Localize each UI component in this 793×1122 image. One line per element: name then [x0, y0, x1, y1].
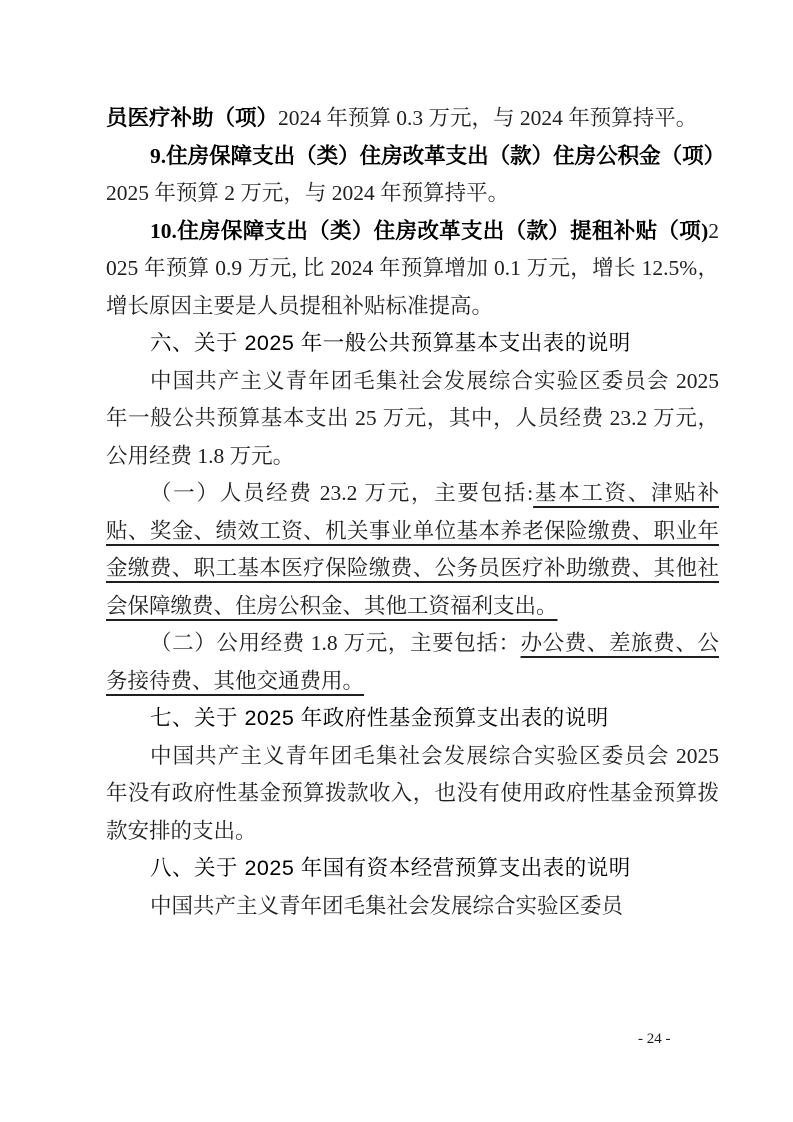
text-segment: 中国共产主义青年团毛集社会发展综合实验区委员会 2025 年没有政府性基金预算拨…: [106, 744, 719, 843]
section-heading: 七、关于 2025 年政府性基金预算支出表的说明: [106, 700, 719, 738]
text-segment: 员医疗补助（项）: [106, 106, 278, 130]
paragraph: 中国共产主义青年团毛集社会发展综合实验区委员: [106, 888, 719, 926]
paragraph: 中国共产主义青年团毛集社会发展综合实验区委员会 2025 年一般公共预算基本支出…: [106, 363, 719, 476]
document-page: 员医疗补助（项）2024 年预算 0.3 万元，与 2024 年预算持平。9.住…: [0, 0, 793, 1122]
paragraph: 中国共产主义青年团毛集社会发展综合实验区委员会 2025 年没有政府性基金预算拨…: [106, 738, 719, 851]
section-heading: 八、关于 2025 年国有资本经营预算支出表的说明: [106, 850, 719, 888]
text-segment: 9.住房保障支出（类）住房改革支出（款）住房公积金（项）: [150, 144, 725, 168]
paragraph: 9.住房保障支出（类）住房改革支出（款）住房公积金（项）2025 年预算 2 万…: [106, 138, 719, 213]
text-segment: 中国共产主义青年团毛集社会发展综合实验区委员: [150, 894, 623, 918]
page-number: - 24 -: [638, 1029, 671, 1049]
section-heading: 六、关于 2025 年一般公共预算基本支出表的说明: [106, 325, 719, 363]
document-body: 员医疗补助（项）2024 年预算 0.3 万元，与 2024 年预算持平。9.住…: [106, 100, 719, 925]
paragraph: 10.住房保障支出（类）住房改革支出（款）提租补贴（项)2025 年预算 0.9…: [106, 213, 719, 326]
text-segment: 七、关于 2025 年政府性基金预算支出表的说明: [150, 706, 609, 730]
paragraph: 员医疗补助（项）2024 年预算 0.3 万元，与 2024 年预算持平。: [106, 100, 719, 138]
text-segment: 中国共产主义青年团毛集社会发展综合实验区委员会 2025 年一般公共预算基本支出…: [106, 369, 719, 468]
text-segment: （二）公用经费 1.8 万元，主要包括：: [150, 631, 521, 655]
text-segment: 2024 年预算 0.3 万元，与 2024 年预算持平。: [278, 106, 697, 130]
text-segment: 2025 年预算 2 万元，与 2024 年预算持平。: [106, 181, 509, 205]
text-segment: （一）人员经费 23.2 万元，主要包括:: [150, 481, 533, 505]
text-segment: 10.住房保障支出（类）住房改革支出（款）提租补贴（项): [150, 219, 708, 243]
paragraph: （二）公用经费 1.8 万元，主要包括：办公费、差旅费、公务接待费、其他交通费用…: [106, 625, 719, 700]
paragraph: （一）人员经费 23.2 万元，主要包括:基本工资、津贴补贴、奖金、绩效工资、机…: [106, 475, 719, 625]
text-segment: 六、关于 2025 年一般公共预算基本支出表的说明: [150, 331, 631, 355]
text-segment: 八、关于 2025 年国有资本经营预算支出表的说明: [150, 856, 631, 880]
